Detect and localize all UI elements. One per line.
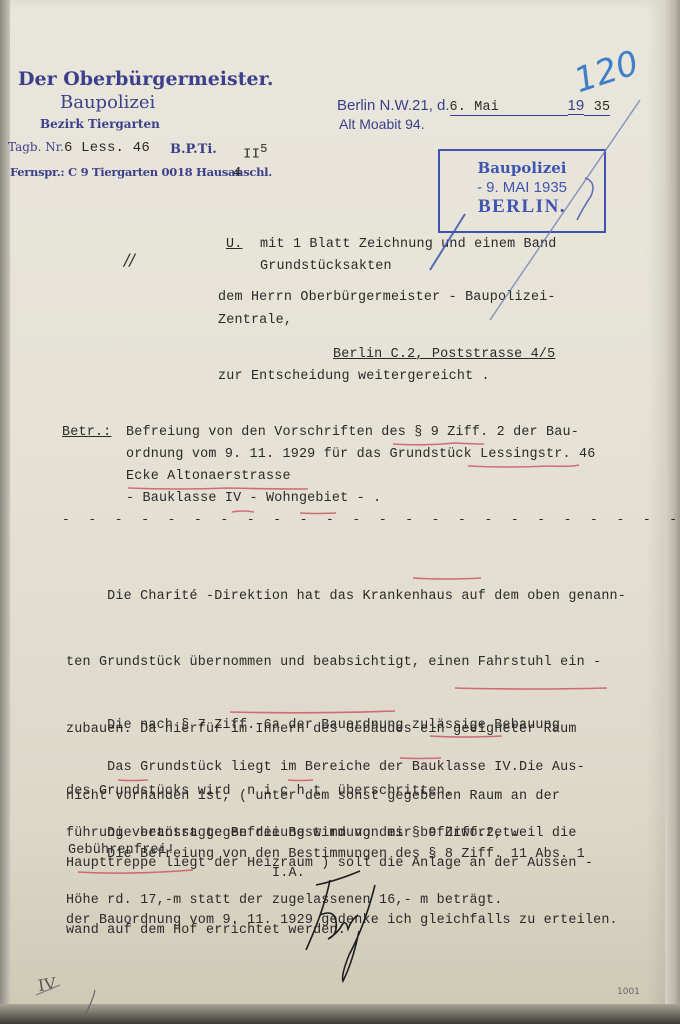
bpt-stamp: B.P.Ti. [170, 142, 217, 157]
separator-line: - - - - - - - - - - - - - - - - - - - - … [62, 512, 680, 527]
page-bottom-edge [0, 1004, 680, 1024]
paragraph-5: Die Befreiung von den Bestimmungen des §… [66, 799, 618, 955]
subject-line-1: Befreiung von den Vorschriften des § 9 Z… [126, 425, 579, 440]
recipient-address: Berlin C.2, Poststrasse 4/5 [333, 347, 555, 362]
journal-number: 6 Less. 46 [64, 140, 150, 156]
recipient-line-1: dem Herrn Oberbürgermeister - Baupolizei… [218, 290, 556, 305]
journal-number-line: Tagb. Nr.6 Less. 46 [8, 138, 150, 156]
bottom-left-mark: IV [37, 974, 57, 995]
enclosure-line-2: Grundstücksakten [260, 259, 392, 274]
receipt-stamp-office: Baupolizei [440, 159, 604, 177]
fee-note: Gebührenfrei! [68, 843, 175, 858]
receipt-stamp-date: - 9. MAI 1935 [440, 179, 604, 196]
enclosure-line-1: mit 1 Blatt Zeichnung und einem Band [260, 237, 557, 252]
forwarding-note: zur Entscheidung weitergereicht . [218, 369, 490, 384]
body-line: der Bauordnung vom 9. 11. 1929 gedenke i… [66, 910, 618, 932]
body-line: Die Charité -Direktion hat das Krankenha… [66, 586, 626, 608]
year-suffix: 35 [584, 100, 610, 116]
subject-label: Betr.: [62, 425, 111, 440]
body-line: Das Grundstück liegt im Bereiche der Bau… [66, 757, 585, 779]
recipient-line-2: Zentrale, [218, 313, 292, 328]
roman-numeral: II5 [243, 142, 268, 163]
receipt-stamp: Baupolizei - 9. MAI 1935 BERLIN. [438, 149, 606, 233]
office-stamp-district: Bezirk Tiergarten [40, 117, 160, 131]
date-typed: 6. Mai [450, 100, 568, 116]
margin-mark: // [124, 250, 135, 269]
subject-line-4: - Bauklasse IV - Wohngebiet - . [126, 491, 381, 506]
phone-extension: 4 [233, 165, 242, 181]
roman-value: II [243, 147, 260, 163]
roman-sup: 5 [260, 142, 267, 156]
subject-line-3: Ecke Altonaerstrasse [126, 469, 291, 484]
on-behalf-label: I.A. [272, 866, 305, 881]
enclosure-prefix: U. [226, 237, 242, 252]
subject-line-2: ordnung vom 9. 11. 1929 für das Grundstü… [126, 447, 595, 462]
bottom-right-mark: 1001 [617, 987, 640, 997]
office-stamp-department: Baupolizei [60, 92, 155, 113]
receipt-stamp-city: BERLIN. [440, 196, 604, 218]
journal-prefix: Tagb. Nr. [8, 140, 64, 154]
sender-address: Alt Moabit 94. [339, 116, 425, 132]
place-date-line: Berlin N.W.21, d.6. Mai1935 [337, 97, 610, 116]
place: Berlin N.W.21, d. [337, 97, 450, 114]
office-stamp-title: Der Oberbürgermeister. [18, 68, 273, 90]
